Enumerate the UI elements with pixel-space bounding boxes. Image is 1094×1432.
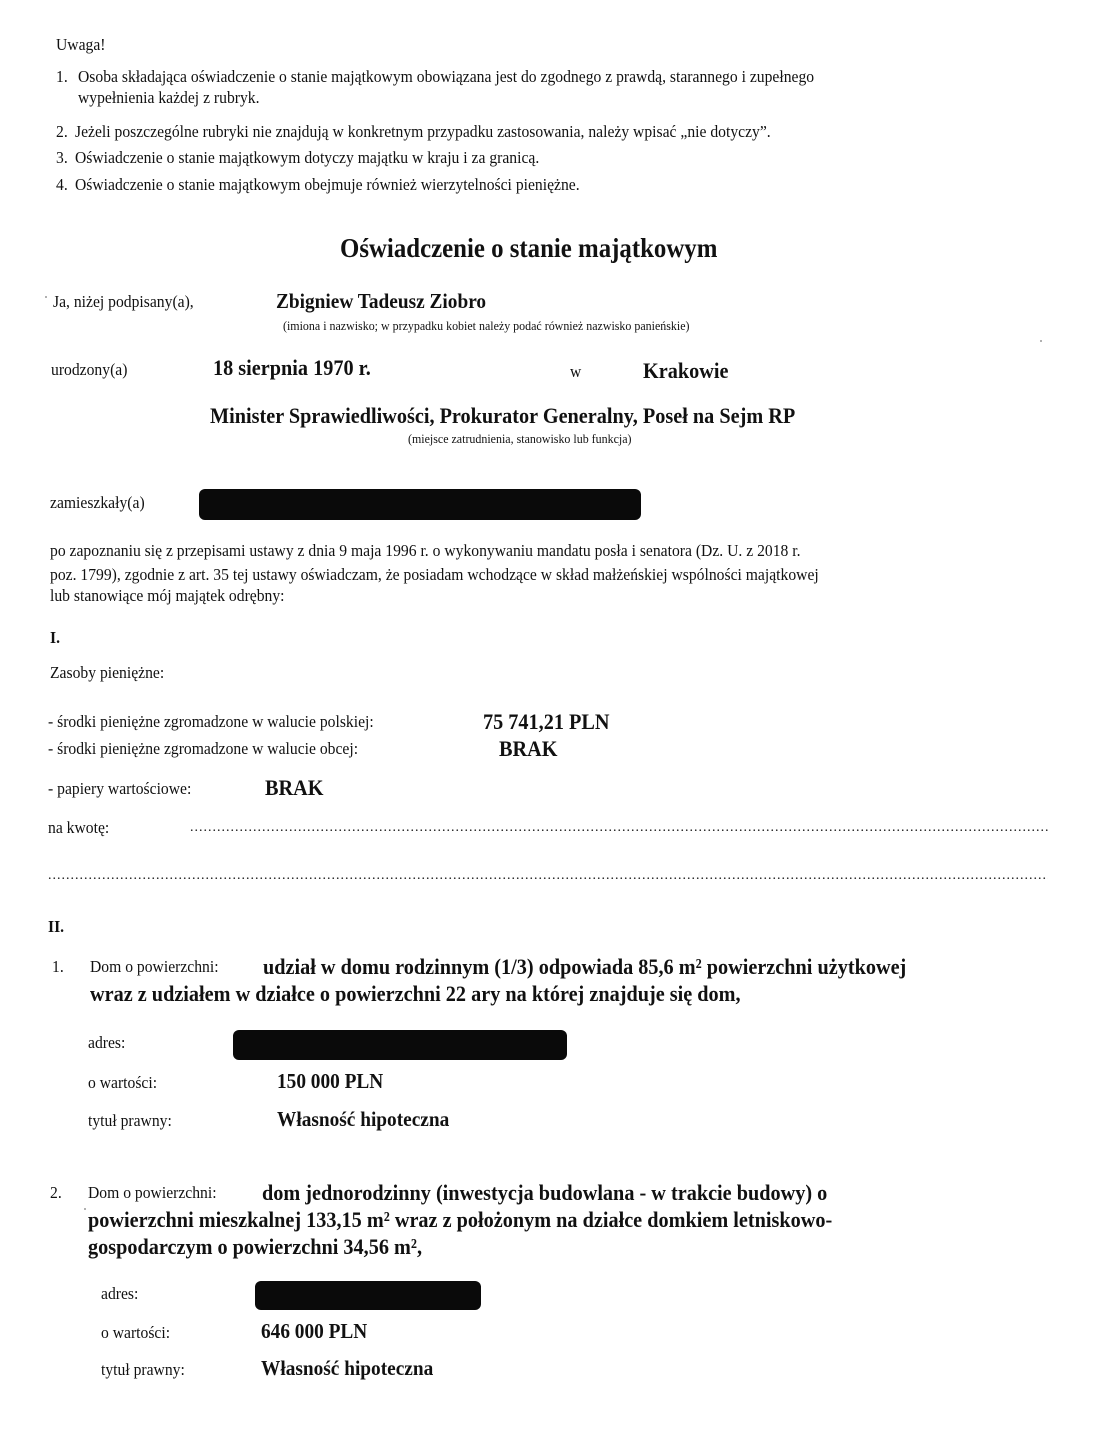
- house-1-address-label: adres:: [88, 1033, 125, 1053]
- house-2-title-label: tytuł prawny:: [101, 1360, 185, 1380]
- house-2-num: 2.: [50, 1183, 62, 1203]
- birth-in-label: w: [570, 362, 581, 382]
- declarant-position: Minister Sprawiedliwości, Prokurator Gen…: [210, 403, 795, 429]
- house-1-desc-line2: wraz z udziałem w działce o powierzchni …: [90, 981, 741, 1007]
- birth-place: Krakowie: [643, 358, 728, 384]
- securities-value: BRAK: [265, 775, 323, 801]
- section-1-heading: I.: [50, 628, 60, 648]
- position-hint: (miejsce zatrudnienia, stanowisko lub fu…: [408, 431, 632, 447]
- foreign-funds-value: BRAK: [499, 736, 557, 762]
- house-2-address-label: adres:: [101, 1284, 138, 1304]
- house-1-value-label: o wartości:: [88, 1073, 157, 1093]
- notice-item-1-line2: wypełnienia każdej z rubryk.: [78, 88, 260, 108]
- residence-label: zamieszkały(a): [50, 493, 145, 513]
- house-1-title: Własność hipoteczna: [277, 1107, 449, 1132]
- house-2-desc-line1: dom jednorodzinny (inwestycja budowlana …: [262, 1180, 827, 1206]
- house-2-value: 646 000 PLN: [261, 1319, 367, 1344]
- amount-label: na kwotę:: [48, 818, 109, 838]
- preamble-line1: po zapoznaniu się z przepisami ustawy z …: [50, 541, 801, 561]
- section-2-heading: II.: [48, 917, 64, 937]
- scan-speck: [45, 296, 47, 298]
- amount-dotted-line-2: ........................................…: [48, 868, 1048, 884]
- notice-item-4-line1: Oświadczenie o stanie majątkowym obejmuj…: [75, 175, 580, 195]
- scan-speck: [84, 1208, 86, 1210]
- preamble-line3: lub stanowiące mój majątek odrębny:: [50, 586, 285, 606]
- declarant-name-hint: (imiona i nazwisko; w przypadku kobiet n…: [283, 318, 690, 334]
- house-1-num: 1.: [52, 957, 64, 977]
- preamble-line2: poz. 1799), zgodnie z art. 35 tej ustawy…: [50, 565, 819, 585]
- birth-date: 18 sierpnia 1970 r.: [213, 355, 371, 381]
- notice-item-2-num: 2.: [56, 122, 68, 142]
- notice-item-4-num: 4.: [56, 175, 68, 195]
- house-2-desc-line3: gospodarczym o powierzchni 34,56 m²,: [88, 1234, 422, 1260]
- house-2-address-redaction: [255, 1281, 481, 1310]
- house-1-title-label: tytuł prawny:: [88, 1111, 172, 1131]
- notice-item-3-line1: Oświadczenie o stanie majątkowym dotyczy…: [75, 148, 539, 168]
- pln-funds-value: 75 741,21 PLN: [483, 709, 610, 735]
- amount-dotted-line-1: ........................................…: [190, 820, 1050, 836]
- declarant-name: Zbigniew Tadeusz Ziobro: [276, 289, 486, 314]
- born-label: urodzony(a): [51, 360, 127, 380]
- pln-funds-label: - środki pieniężne zgromadzone w walucie…: [48, 712, 374, 732]
- house-2-value-label: o wartości:: [101, 1323, 170, 1343]
- house-1-value: 150 000 PLN: [277, 1069, 383, 1094]
- house-2-desc-line2: powierzchni mieszkalnej 133,15 m² wraz z…: [88, 1207, 832, 1233]
- notice-item-3-num: 3.: [56, 148, 68, 168]
- notice-item-1-line1: Osoba składająca oświadczenie o stanie m…: [78, 67, 814, 87]
- scan-speck: [1040, 340, 1042, 342]
- residence-redaction: [199, 489, 641, 520]
- notice-heading: Uwaga!: [56, 35, 106, 55]
- notice-item-1-num: 1.: [56, 67, 68, 87]
- house-2-label: Dom o powierzchni:: [88, 1183, 217, 1203]
- house-1-desc-line1: udział w domu rodzinnym (1/3) odpowiada …: [263, 954, 906, 980]
- section-1-subheading: Zasoby pieniężne:: [50, 663, 164, 683]
- declarant-label: Ja, niżej podpisany(a),: [53, 292, 194, 312]
- house-2-title: Własność hipoteczna: [261, 1356, 433, 1381]
- foreign-funds-label: - środki pieniężne zgromadzone w walucie…: [48, 739, 358, 759]
- securities-label: - papiery wartościowe:: [48, 779, 191, 799]
- page-title: Oświadczenie o stanie majątkowym: [340, 233, 717, 264]
- notice-item-2-line1: Jeżeli poszczególne rubryki nie znajdują…: [75, 122, 771, 142]
- house-1-label: Dom o powierzchni:: [90, 957, 219, 977]
- house-1-address-redaction: [233, 1030, 567, 1060]
